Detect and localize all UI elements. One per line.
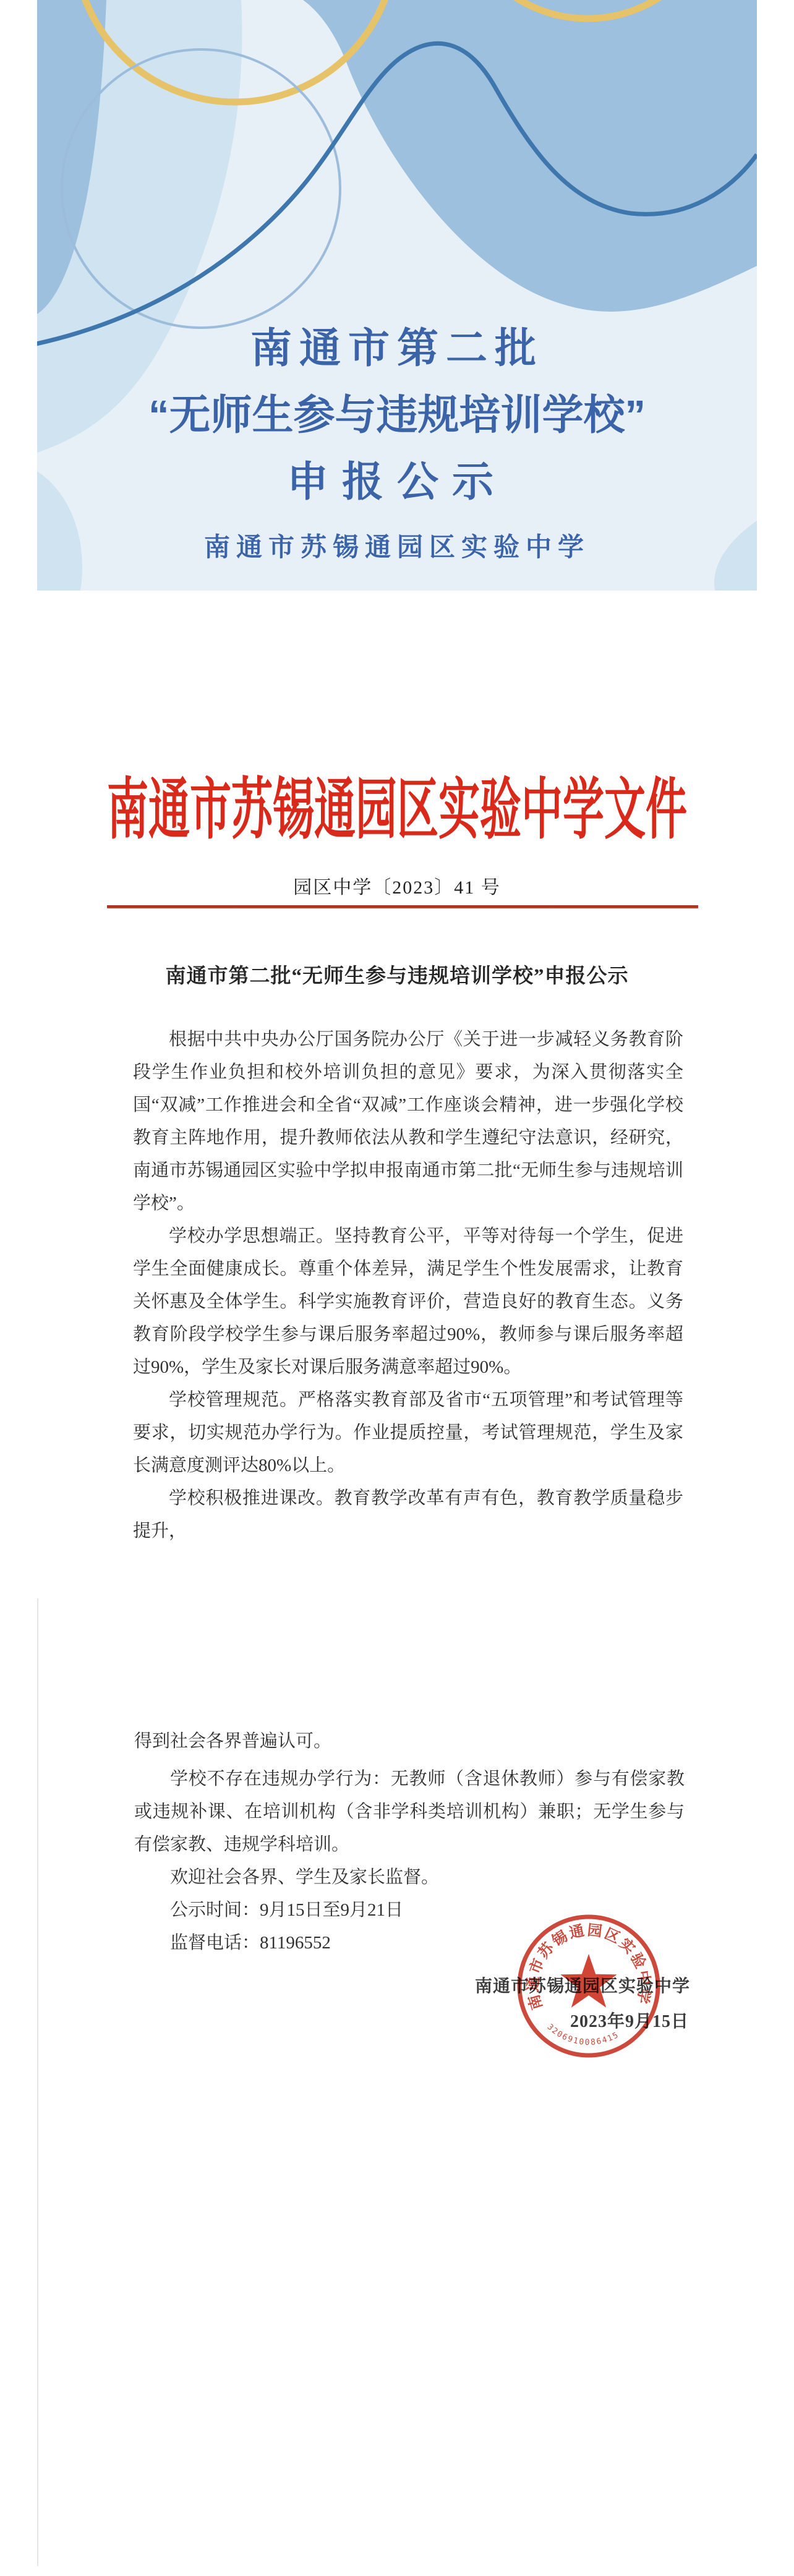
svg-text:3206910086415: 3206910086415 (545, 2023, 621, 2047)
paragraph-continuation: 得到社会各界普遍认可。 (134, 1725, 685, 1758)
banner-title-line2: “无师生参与违规培训学校” (37, 395, 757, 436)
paragraph: 欢迎社会各界、学生及家长监督。 (134, 1861, 685, 1894)
article-page: 南通市第二批 “无师生参与违规培训学校” 申报公示 南通市苏锡通园区实验中学 南… (0, 0, 794, 2576)
banner-subtitle: 南通市苏锡通园区实验中学 (37, 527, 757, 564)
official-letterhead-title: 南通市苏锡通园区实验中学文件 (37, 778, 757, 844)
banner-title-line1: 南通市第二批 (37, 328, 757, 369)
paragraph: 学校积极推进课改。教育教学改革有声有色，教育教学质量稳步提升， (133, 1482, 683, 1548)
seal-star-icon (560, 1954, 617, 2008)
header-banner-image[interactable]: 南通市第二批 “无师生参与违规培训学校” 申报公示 南通市苏锡通园区实验中学 (37, 0, 757, 591)
letterhead-red-rule (107, 905, 698, 908)
document-body-page1: 根据中共中央办公厅国务院办公厅《关于进一步减轻义务教育阶段学生作业负担和校外培训… (133, 1023, 683, 1548)
paragraph: 学校管理规范。严格落实教育部及省市“五项管理”和考试管理等要求，切实规范办学行为… (133, 1384, 683, 1482)
banner-title-line3: 申报公示 (37, 461, 757, 503)
paragraph: 学校办学思想端正。坚持教育公平，平等对待每一个学生，促进学生全面健康成长。尊重个… (133, 1220, 683, 1384)
paragraph: 根据中共中央办公厅国务院办公厅《关于进一步减轻义务教育阶段学生作业负担和校外培训… (133, 1023, 683, 1220)
seal-serial-number: 3206910086415 (545, 2023, 621, 2047)
document-page1-image[interactable]: 南通市苏锡通园区实验中学文件 园区中学〔2023〕41 号 南通市第二批“无师生… (37, 591, 757, 1515)
document-number: 园区中学〔2023〕41 号 (37, 872, 757, 899)
official-seal: 南通市苏锡通园区实验中学 3206910086415 (513, 1911, 665, 2062)
document-page2-image[interactable]: 得到社会各界普遍认可。 学校不存在违规办学行为：无教师（含退休教师）参与有偿家教… (37, 1598, 758, 2566)
document-title: 南通市第二批“无师生参与违规培训学校”申报公示 (37, 960, 757, 989)
paragraph: 学校不存在违规办学行为：无教师（含退休教师）参与有偿家教或违规补课、在培训机构（… (134, 1763, 685, 1861)
